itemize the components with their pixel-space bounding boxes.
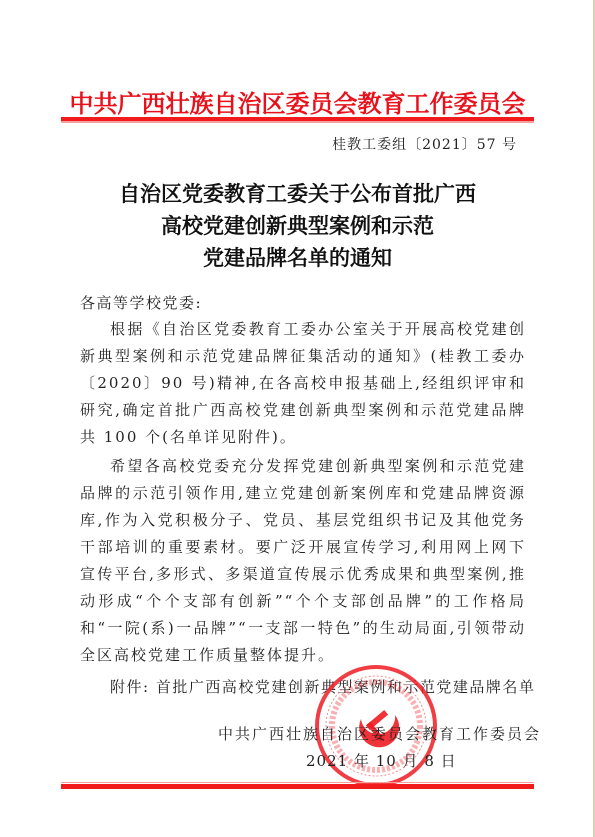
title-line-2: 高校党建创新典型案例和示范 [0, 210, 595, 242]
signature-date: 2021 年 10 月 8 日 [306, 750, 457, 771]
body-paragraph-1: 根据《自治区党委教育工委办公室关于开展高校党建创新典型案例和示范党建品牌征集活动… [80, 316, 526, 451]
header-red-rule [61, 117, 534, 121]
title-line-1: 自治区党委教育工委关于公布首批广西 [0, 178, 595, 210]
footer-red-rule [61, 784, 534, 789]
body-paragraph-2: 希望各高校党委充分发挥党建创新典型案例和示范党建品牌的示范引领作用,建立党建创新… [80, 453, 526, 669]
title-line-3: 党建品牌名单的通知 [0, 242, 595, 274]
salutation: 各高等学校党委: [80, 292, 202, 313]
document-title: 自治区党委教育工委关于公布首批广西 高校党建创新典型案例和示范 党建品牌名单的通… [0, 178, 595, 274]
signature-organization: 中共广西壮族自治区委员会教育工作委员会 [218, 723, 541, 744]
issuing-authority-header: 中共广西壮族自治区委员会教育工作委员会 [0, 84, 595, 119]
document-number: 桂教工委组〔2021〕57 号 [332, 134, 517, 154]
